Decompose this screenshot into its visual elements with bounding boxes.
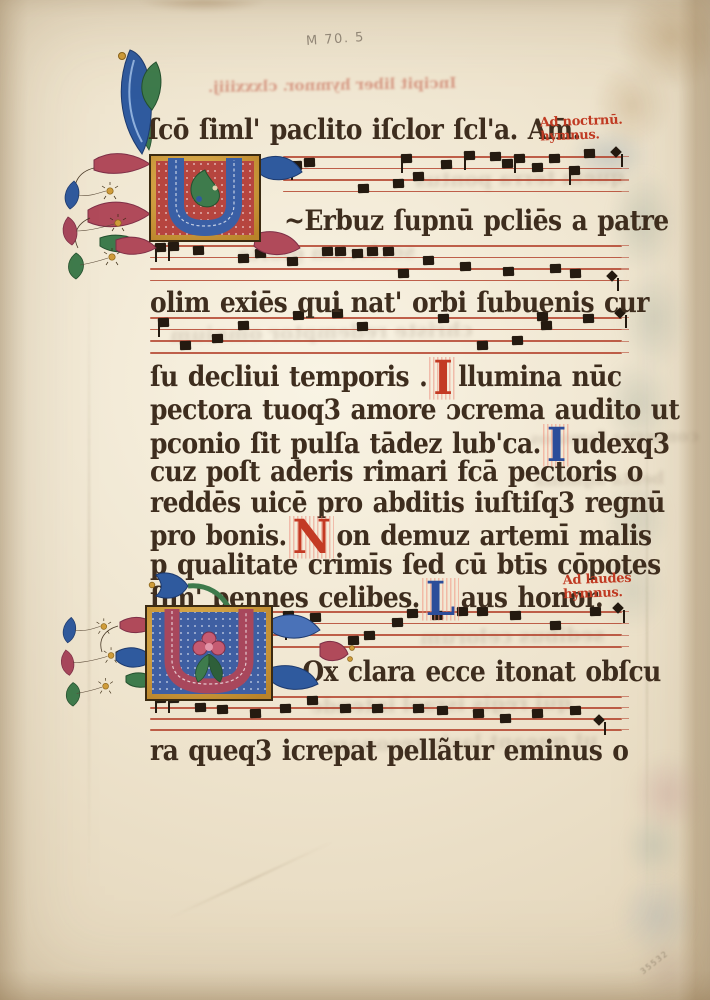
neume-note	[393, 179, 404, 188]
margin-leaf-and-golddot-motif	[60, 175, 135, 280]
neume-note	[437, 706, 448, 715]
neume-note	[490, 152, 501, 161]
neume-note	[550, 264, 561, 273]
neume-note	[549, 154, 560, 163]
neume-note	[383, 247, 394, 256]
neume-tail	[158, 324, 160, 337]
neume-note	[500, 714, 511, 723]
stave-line	[283, 156, 622, 158]
neume-note	[238, 321, 249, 330]
showthrough-floral-patch-blue	[605, 860, 710, 1000]
rubric-ad-laudes: Ad laudes hymnus.	[563, 572, 632, 602]
text-line-5: pectora tuoq3 amore ɔcrema audito ut	[150, 393, 679, 425]
page-bottom-edge-shading	[0, 970, 710, 1000]
flourish-blue-flower	[156, 573, 188, 598]
music-stave	[283, 156, 622, 207]
neume-diamond	[593, 714, 604, 725]
text-line-8: reddēs uicē pro abditis iuſtiſq3 regnū	[150, 486, 665, 518]
neume-tail	[569, 172, 571, 185]
neume-note	[212, 334, 223, 343]
neume-note	[441, 160, 452, 169]
neume-tail	[621, 154, 623, 167]
neume-tail	[464, 157, 466, 170]
versal-initial-L-laus: L	[422, 578, 459, 621]
margin-leaf-and-golddot-motif	[55, 612, 130, 707]
text-segment: pro bonis.	[150, 519, 287, 551]
neume-tail	[623, 610, 625, 623]
stave-line	[150, 718, 622, 720]
neume-note	[512, 336, 523, 345]
neume-note	[250, 709, 261, 718]
stave-line	[150, 729, 622, 731]
neume-note	[570, 706, 581, 715]
text-segment: llumina nūc	[458, 360, 621, 392]
neume-note	[550, 621, 561, 630]
neume-note	[503, 267, 514, 276]
showthrough-floral-patch-pink	[615, 748, 710, 878]
text-segment: on demuz artemī malis	[336, 519, 651, 551]
text-line-7: cuz poſt aderis rimari fcā pectoris o	[150, 455, 643, 487]
neume-tail	[514, 160, 516, 173]
neume-tail	[401, 160, 403, 173]
neume-note	[473, 709, 484, 718]
stave-line	[150, 352, 622, 354]
fold-crease	[169, 841, 333, 919]
neume-note	[304, 158, 315, 167]
rubric-line: hymnus.	[563, 586, 632, 602]
neume-note	[570, 269, 581, 278]
page-left-edge-shading	[0, 0, 28, 1000]
neume-note	[357, 322, 368, 331]
parchment-stain-top-edge	[118, 0, 288, 18]
neume-note	[180, 341, 191, 350]
stave-line	[283, 179, 622, 181]
stave-line	[283, 191, 622, 193]
neume-note	[423, 256, 434, 265]
neume-note	[358, 184, 369, 193]
page-right-edge-shading	[678, 0, 710, 1000]
flourish-blue-acanthus	[270, 666, 318, 690]
neume-note	[460, 262, 471, 271]
neume-note	[372, 704, 383, 713]
neume-note	[532, 163, 543, 172]
neume-note	[413, 704, 424, 713]
rubric-ad-nocturns: Ad noctrnū. hymnus.	[540, 114, 624, 145]
flourish-blue-leaf	[260, 156, 302, 179]
flourish-red-bud	[320, 641, 348, 660]
pencil-shelfmark: M 70. 5	[306, 30, 366, 49]
neume-note	[352, 249, 363, 258]
neume-note	[335, 247, 346, 256]
neume-note	[502, 159, 513, 168]
rubric-line: hymnus.	[540, 128, 623, 145]
text-line-2: ~Erbuz ſupnū pcliēs a patre	[284, 204, 669, 236]
neume-note	[541, 321, 552, 330]
neume-note	[367, 247, 378, 256]
neume-note	[477, 341, 488, 350]
manuscript-leaf: Incipit liber hymnor. clxxxiiij. quem te…	[0, 0, 710, 1000]
neume-note	[532, 709, 543, 718]
neume-note	[398, 269, 409, 278]
text-line-13: ra queq3 icrepat pellãtur eminus o	[150, 734, 628, 766]
text-line-3: olim exiēs qui nat' orbi ſubuenis cur	[150, 286, 649, 318]
flourish-blue-acanthus	[270, 615, 320, 638]
faint-accession-stamp: 35532	[639, 949, 671, 976]
flourish-red-leaf	[94, 154, 150, 174]
neume-note	[413, 172, 424, 181]
text-segment: ſu decliui temporis .	[150, 360, 427, 392]
neume-note	[584, 149, 595, 158]
neume-note	[322, 247, 333, 256]
